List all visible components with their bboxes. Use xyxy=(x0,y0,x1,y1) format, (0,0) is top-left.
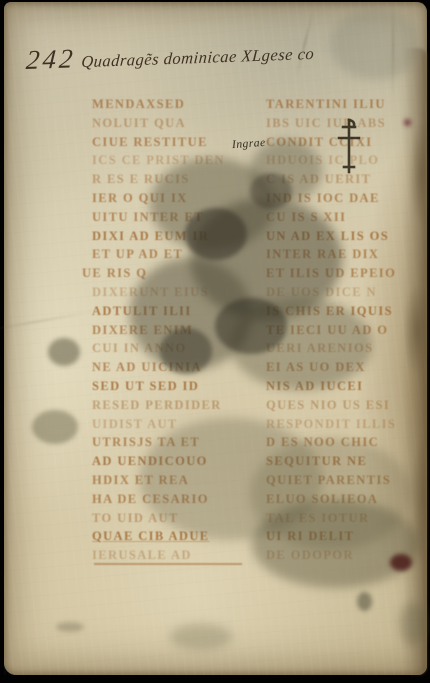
manuscript-line: ET UP AD ET xyxy=(92,245,264,264)
manuscript-line: IND IS IOC DAE xyxy=(266,189,426,208)
manuscript-line: ET ILIS UD EPEIO xyxy=(266,264,426,283)
manuscript-line: RESPONDIT ILLIS xyxy=(266,415,426,434)
manuscript-line: NIS AD IUCEI xyxy=(266,377,426,396)
manuscript-line: ICS CE PRIST DEN xyxy=(92,151,264,170)
manuscript-line: EI AS UO DEX xyxy=(266,358,426,377)
manuscript-line: UERI ARENIOS xyxy=(266,339,426,358)
manuscript-line: DIXI AD EUM IR xyxy=(92,227,264,246)
margin-annotation: Ingrae xyxy=(232,137,266,151)
manuscript-line: RESED PERDIDER xyxy=(92,396,264,415)
stain xyxy=(48,338,80,366)
manuscript-line: UN AD EX LIS OS xyxy=(266,227,426,246)
manuscript-line: NE AD UICINIA xyxy=(92,358,264,377)
header-annotation: 242Quadragẽs dominicae XLgese co xyxy=(25,35,316,76)
manuscript-line: QUAE CIB ADUE xyxy=(92,527,264,546)
manuscript-line: IS CHIS ER IQUIS xyxy=(266,302,426,321)
manuscript-line: SED UT SED ID xyxy=(92,377,264,396)
cross-monogram-icon xyxy=(337,117,361,175)
manuscript-line: TO UID AUT xyxy=(92,509,264,528)
manuscript-line: DIXERUNT EIUS xyxy=(92,283,264,302)
stain xyxy=(170,624,232,650)
manuscript-line: MENDAXSED xyxy=(92,95,264,114)
manuscript-line: R ES E RUCIS xyxy=(92,170,264,189)
manuscript-line: ELUO SOLIEOA xyxy=(266,490,426,509)
manuscript-line: DIXERE ENIM xyxy=(92,321,264,340)
manuscript-line: UE RIS Q xyxy=(82,264,264,283)
manuscript-line: QUIET PARENTIS xyxy=(266,471,426,490)
text-column-left: MENDAXSEDNOLUIT QUACIUE RESTITUEICS CE P… xyxy=(92,95,264,565)
manuscript-line: UITU INTER ET xyxy=(92,208,264,227)
manuscript-line: IER O QUI IX xyxy=(92,189,264,208)
manuscript-line: SEQUITUR NE xyxy=(266,452,426,471)
manuscript-line: TAL ES IOTUR xyxy=(266,509,426,528)
manuscript-line: DE ODOPOR xyxy=(266,546,426,565)
manuscript-line: D ES NOO CHIC xyxy=(266,433,426,452)
manuscript-line: HA DE CESARIO xyxy=(92,490,264,509)
manuscript-line: TARENTINI ILIU xyxy=(266,95,426,114)
crease-line xyxy=(392,2,394,97)
manuscript-line: DE UOS DICE N xyxy=(266,283,426,302)
stain xyxy=(357,592,372,611)
header-inscription: Quadragẽs dominicae XLgese co xyxy=(81,44,315,71)
manuscript-line: UIDIST AUT xyxy=(92,415,264,434)
manuscript-line: UI RI DELIT xyxy=(266,527,426,546)
ink-stroke xyxy=(94,563,242,565)
stain xyxy=(32,410,78,444)
manuscript-line: QUES NIO US ESI xyxy=(266,396,426,415)
manuscript-line: NOLUIT QUA xyxy=(92,114,264,133)
manuscript-line: AD UENDICOUO xyxy=(92,452,264,471)
manuscript-line: CU IS S XII xyxy=(266,208,426,227)
manuscript-line: HDIX ET REA xyxy=(92,471,264,490)
page-number: 242 xyxy=(25,43,77,75)
crease-line xyxy=(0,311,94,334)
stain xyxy=(56,622,84,632)
manuscript-line: CUI IN ANNO xyxy=(92,339,264,358)
manuscript-line: INTER RAE DIX xyxy=(266,245,426,264)
manuscript-line: TE IECI UU AD O xyxy=(266,321,426,340)
manuscript-line: ADTULIT ILII xyxy=(92,302,264,321)
manuscript-line: UTRISJS TA ET xyxy=(92,433,264,452)
parchment-leaf: MENDAXSEDNOLUIT QUACIUE RESTITUEICS CE P… xyxy=(4,2,427,675)
manuscript-photo: MENDAXSEDNOLUIT QUACIUE RESTITUEICS CE P… xyxy=(0,0,430,683)
